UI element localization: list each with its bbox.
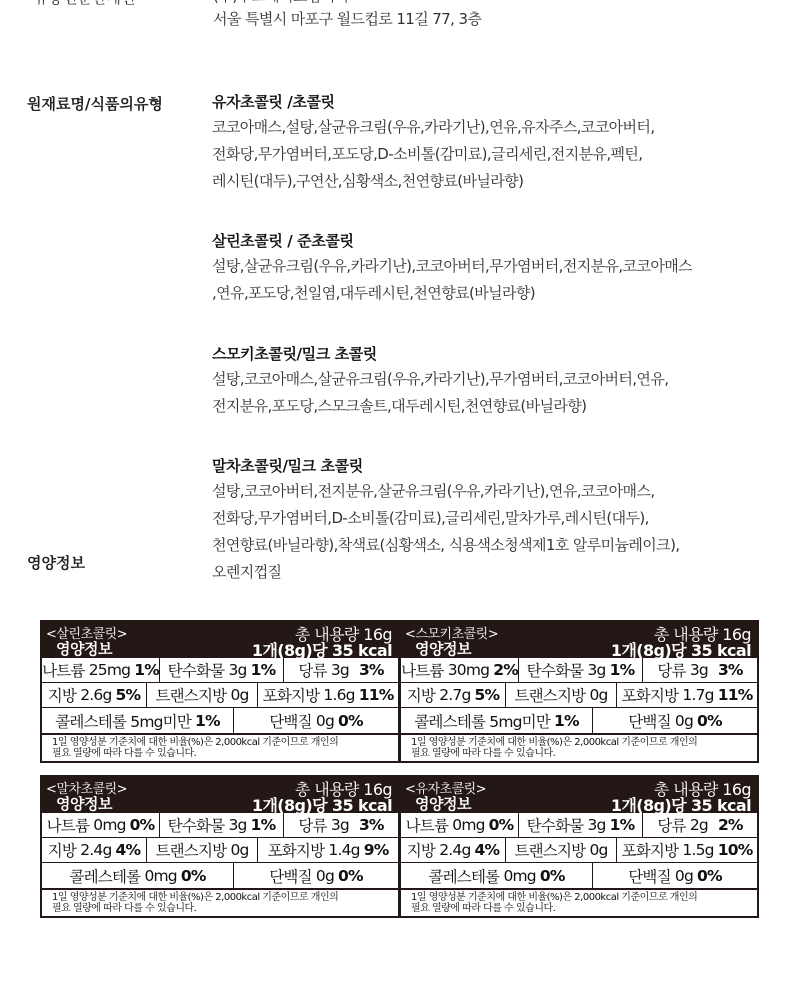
- nutrition-panel-header: <유자초콜릿> 영양정보 총 내용량 16g 1개(8g)당 35 kcal: [401, 777, 757, 813]
- panel-footnote: 1일 영양성분 기준치에 대한 비율(%)은 2,000kcal 기준이므로 개…: [401, 888, 757, 914]
- footnote-line: 필요 열량에 따라 다를 수 있습니다.: [52, 903, 398, 914]
- nutrition-panel: <말차초콜릿> 영양정보 총 내용량 16g 1개(8g)당 35 kcal 나…: [40, 775, 400, 918]
- nutrient-fat: 지방 2.4g4%: [42, 838, 147, 862]
- nutrient-cholesterol: 콜레스테롤 5mg미만1%: [42, 708, 234, 733]
- nutrient-row: 나트륨 0mg0% 탄수화물 3g1% 당류 3g3%: [42, 813, 398, 838]
- nutrient-sodium: 나트륨 0mg0%: [401, 813, 519, 837]
- nutrient-protein: 단백질 0g0%: [234, 863, 398, 888]
- nutrient-row: 지방 2.4g4% 트랜스지방 0g 포화지방 1.4g9%: [42, 838, 398, 863]
- nutrition-panel-header: <스모키초콜릿> 영양정보 총 내용량 16g 1개(8g)당 35 kcal: [401, 622, 757, 658]
- nutrient-sat-fat: 포화지방 1.7g11%: [617, 683, 757, 707]
- nutrient-sat-fat: 포화지방 1.4g9%: [258, 838, 398, 862]
- nutrient-row: 나트륨 25mg1% 탄수화물 3g1% 당류 3g3%: [42, 658, 398, 683]
- ingredient-line: 설탕,코코아버터,전지분유,살균유크림(우유,카라기난),연유,코코아매스,: [212, 478, 792, 505]
- nutrient-row: 지방 2.6g5% 트랜스지방 0g 포화지방 1.6g11%: [42, 683, 398, 708]
- nutrient-protein: 단백질 0g0%: [593, 708, 757, 733]
- footnote-line: 1일 영양성분 기준치에 대한 비율(%)은 2,000kcal 기준이므로 개…: [411, 892, 757, 903]
- product-title: 말차초콜릿/밀크 초콜릿: [212, 454, 792, 478]
- footnote-line: 1일 영양성분 기준치에 대한 비율(%)은 2,000kcal 기준이므로 개…: [52, 737, 398, 748]
- nutrition-label: 영양정보: [27, 552, 85, 573]
- nutrient-row: 지방 2.4g4% 트랜스지방 0g 포화지방 1.5g10%: [401, 838, 757, 863]
- nutrition-panel: <스모키초콜릿> 영양정보 총 내용량 16g 1개(8g)당 35 kcal …: [399, 620, 759, 763]
- nutrient-sugars: 당류 3g3%: [643, 658, 757, 682]
- nutrient-sat-fat: 포화지방 1.5g10%: [617, 838, 757, 862]
- nutrient-sodium: 나트륨 30mg2%: [401, 658, 519, 682]
- nutrient-row: 나트륨 0mg0% 탄수화물 3g1% 당류 2g2%: [401, 813, 757, 838]
- ingredient-line: 천연향료(바닐라향),착색료(심황색소, 식용색소청색제1호 알루미늄레이크),: [212, 532, 792, 559]
- panel-title: 영양정보: [56, 638, 112, 659]
- nutrient-trans-fat: 트랜스지방 0g: [506, 683, 617, 707]
- panel-footnote: 1일 영양성분 기준치에 대한 비율(%)은 2,000kcal 기준이므로 개…: [401, 733, 757, 759]
- nutrient-row: 나트륨 30mg2% 탄수화물 3g1% 당류 3g3%: [401, 658, 757, 683]
- nutrient-fat: 지방 2.7g5%: [401, 683, 506, 707]
- nutrient-sodium: 나트륨 0mg0%: [42, 813, 160, 837]
- nutrient-sat-fat: 포화지방 1.6g11%: [258, 683, 398, 707]
- nutrient-protein: 단백질 0g0%: [234, 708, 398, 733]
- ingredient-block-yuzu: 유자초콜릿 /초콜릿 코코아매스,설탕,살균유크림(우유,카라기난),연유,유자…: [212, 90, 792, 195]
- footnote-line: 필요 열량에 따라 다를 수 있습니다.: [52, 748, 398, 759]
- product-title: 유자초콜릿 /초콜릿: [212, 90, 792, 114]
- nutrient-row: 지방 2.7g5% 트랜스지방 0g 포화지방 1.7g11%: [401, 683, 757, 708]
- panel-per-serving-kcal: 1개(8g)당 35 kcal: [611, 638, 751, 661]
- footnote-line: 필요 열량에 따라 다를 수 있습니다.: [411, 748, 757, 759]
- ingredient-block-matcha: 말차초콜릿/밀크 초콜릿 설탕,코코아버터,전지분유,살균유크림(우유,카라기난…: [212, 454, 792, 586]
- distributor-label: 유통전문판매원: [34, 0, 135, 8]
- product-title: 스모키초콜릿/밀크 초콜릿: [212, 342, 792, 366]
- distributor-address: 서울 특별시 마포구 월드컵로 11길 77, 3층: [213, 6, 481, 33]
- nutrient-cholesterol: 콜레스테롤 0mg0%: [42, 863, 234, 888]
- nutrient-row: 콜레스테롤 0mg0% 단백질 0g0%: [401, 863, 757, 888]
- panel-per-serving-kcal: 1개(8g)당 35 kcal: [252, 638, 392, 661]
- nutrition-panel: <살린초콜릿> 영양정보 총 내용량 16g 1개(8g)당 35 kcal 나…: [40, 620, 400, 763]
- nutrient-fat: 지방 2.6g5%: [42, 683, 147, 707]
- panel-per-serving-kcal: 1개(8g)당 35 kcal: [252, 793, 392, 816]
- ingredient-line: 레시틴(대두),구연산,심황색소,천연향료(바닐라향): [212, 168, 792, 195]
- footnote-line: 필요 열량에 따라 다를 수 있습니다.: [411, 903, 757, 914]
- panel-title: 영양정보: [415, 793, 471, 814]
- nutrient-cholesterol: 콜레스테롤 5mg미만1%: [401, 708, 593, 733]
- panel-title: 영양정보: [415, 638, 471, 659]
- panel-per-serving-kcal: 1개(8g)당 35 kcal: [611, 793, 751, 816]
- ingredient-line: 전화당,무가염버터,D-소비톨(감미료),글리세린,말차가루,레시틴(대두),: [212, 505, 792, 532]
- nutrient-row: 콜레스테롤 5mg미만1% 단백질 0g0%: [42, 708, 398, 733]
- nutrient-protein: 단백질 0g0%: [593, 863, 757, 888]
- ingredient-line: ,연유,포도당,천일염,대두레시틴,천연향료(바닐라향): [212, 280, 792, 307]
- ingredients-label: 원재료명/식품의유형: [27, 93, 163, 114]
- ingredient-line: 전지분유,포도당,스모크솔트,대두레시틴,천연향료(바닐라향): [212, 393, 792, 420]
- ingredient-block-salted: 살린초콜릿 / 준초콜릿 설탕,살균유크림(우유,카라기난),코코아버터,무가염…: [212, 229, 792, 307]
- nutrient-trans-fat: 트랜스지방 0g: [147, 838, 258, 862]
- nutrition-panel-header: <말차초콜릿> 영양정보 총 내용량 16g 1개(8g)당 35 kcal: [42, 777, 398, 813]
- nutrient-row: 콜레스테롤 5mg미만1% 단백질 0g0%: [401, 708, 757, 733]
- nutrient-row: 콜레스테롤 0mg0% 단백질 0g0%: [42, 863, 398, 888]
- nutrient-trans-fat: 트랜스지방 0g: [506, 838, 617, 862]
- nutrient-carbs: 탄수화물 3g1%: [160, 813, 284, 837]
- nutrient-trans-fat: 트랜스지방 0g: [147, 683, 258, 707]
- footnote-line: 1일 영양성분 기준치에 대한 비율(%)은 2,000kcal 기준이므로 개…: [411, 737, 757, 748]
- ingredient-line: 설탕,코코아매스,살균유크림(우유,카라기난),무가염버터,코코아버터,연유,: [212, 366, 792, 393]
- nutrient-cholesterol: 콜레스테롤 0mg0%: [401, 863, 593, 888]
- footnote-line: 1일 영양성분 기준치에 대한 비율(%)은 2,000kcal 기준이므로 개…: [52, 892, 398, 903]
- panel-footnote: 1일 영양성분 기준치에 대한 비율(%)은 2,000kcal 기준이므로 개…: [42, 888, 398, 914]
- nutrient-carbs: 탄수화물 3g1%: [519, 658, 643, 682]
- nutrient-sugars: 당류 2g2%: [643, 813, 757, 837]
- ingredient-line: 코코아매스,설탕,살균유크림(우유,카라기난),연유,유자주스,코코아버터,: [212, 114, 792, 141]
- nutrient-carbs: 탄수화물 3g1%: [160, 658, 284, 682]
- product-title: 살린초콜릿 / 준초콜릿: [212, 229, 792, 253]
- panel-title: 영양정보: [56, 793, 112, 814]
- nutrient-sugars: 당류 3g3%: [284, 813, 398, 837]
- nutrient-sugars: 당류 3g3%: [284, 658, 398, 682]
- panel-footnote: 1일 영양성분 기준치에 대한 비율(%)은 2,000kcal 기준이므로 개…: [42, 733, 398, 759]
- nutrition-panel-header: <살린초콜릿> 영양정보 총 내용량 16g 1개(8g)당 35 kcal: [42, 622, 398, 658]
- ingredient-line: 오렌지껍질: [212, 559, 792, 586]
- ingredient-line: 전화당,무가염버터,포도당,D-소비톨(감미료),글리세린,전지분유,펙틴,: [212, 141, 792, 168]
- nutrient-sodium: 나트륨 25mg1%: [42, 658, 160, 682]
- nutrient-carbs: 탄수화물 3g1%: [519, 813, 643, 837]
- ingredient-line: 설탕,살균유크림(우유,카라기난),코코아버터,무가염버터,전지분유,코코아매스: [212, 253, 792, 280]
- nutrition-panel: <유자초콜릿> 영양정보 총 내용량 16g 1개(8g)당 35 kcal 나…: [399, 775, 759, 918]
- nutrient-fat: 지방 2.4g4%: [401, 838, 506, 862]
- ingredient-block-smoky: 스모키초콜릿/밀크 초콜릿 설탕,코코아매스,살균유크림(우유,카라기난),무가…: [212, 342, 792, 420]
